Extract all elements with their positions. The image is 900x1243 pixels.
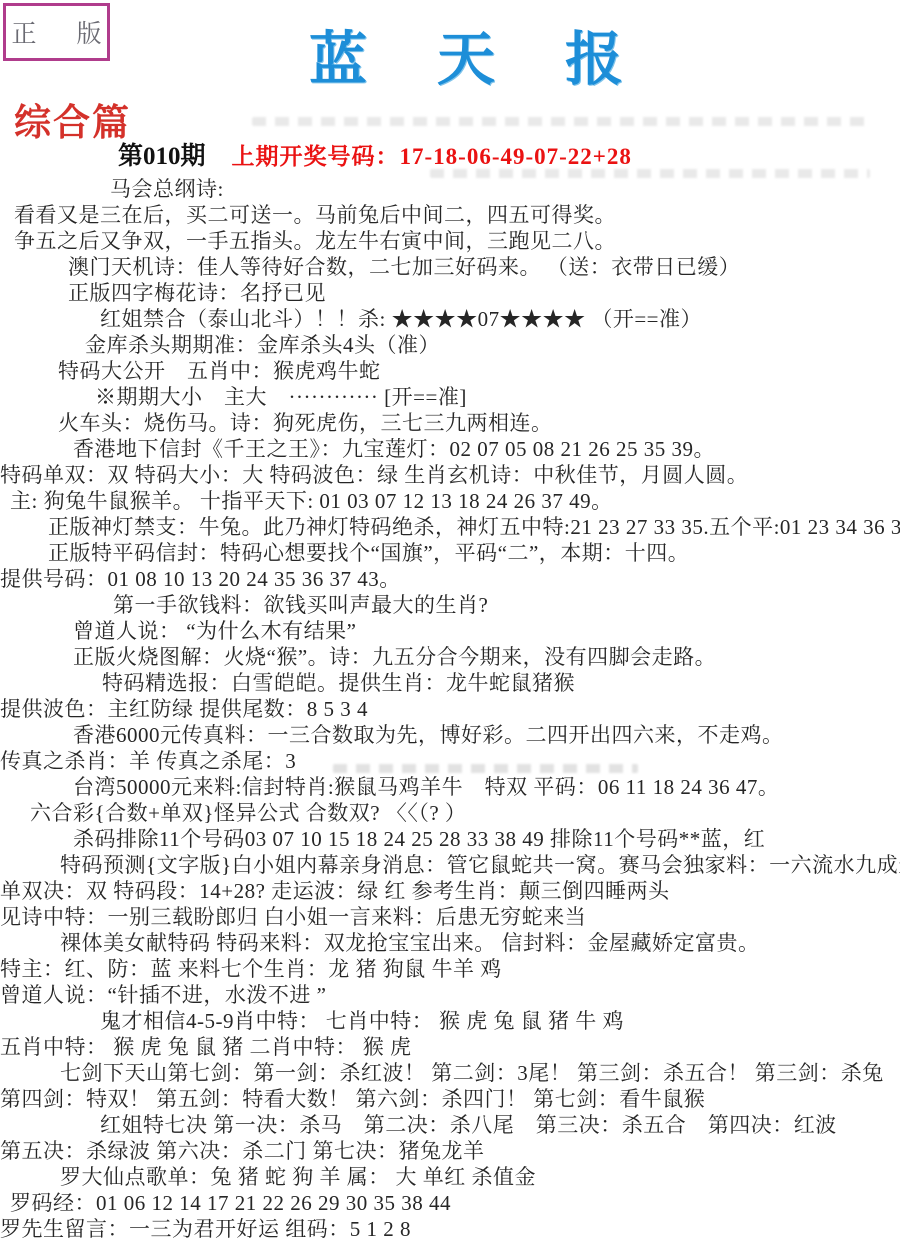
- body-line-33: 鬼才相信4-5-9肖中特： 七肖中特： 猴 虎 兔 鼠 猪 牛 鸡: [0, 1008, 900, 1034]
- body-line-23: 传真之杀肖：羊 传真之杀尾：3: [0, 748, 900, 774]
- body-line-8: 特码大公开 五肖中：猴虎鸡牛蛇: [0, 358, 900, 384]
- body-line-29: 见诗中特：一别三载盼郎归 白小姐一言来料：后患无穷蛇来当: [0, 904, 900, 930]
- body-line-26: 杀码排除11个号码03 07 10 15 18 24 25 28 33 38 4…: [0, 826, 900, 852]
- masthead: 蓝天报: [16, 12, 900, 96]
- last-draw-numbers: 上期开奖号码：17-18-06-49-07-22+28: [232, 138, 632, 171]
- body-line-39: 罗大仙点歌单：兔 猪 蛇 狗 羊 属： 大 单红 杀值金: [0, 1164, 900, 1190]
- body-line-6: 红姐禁合（泰山北斗）！！杀: ★★★★07★★★★ （开==准）: [0, 306, 900, 332]
- body-line-2: 看看又是三在后，买二可送一。马前兔后中间二，四五可得奖。: [0, 202, 900, 228]
- body-line-16: 提供号码：01 08 10 13 20 24 35 36 37 43。: [0, 566, 900, 592]
- issue-number: 第010期: [118, 136, 206, 172]
- body-line-7: 金库杀头期期准：金库杀头4头（准）: [0, 332, 900, 358]
- body-line-11: 香港地下信封《千王之王》：九宝莲灯：02 07 05 08 21 26 25 3…: [0, 436, 900, 462]
- body-line-31: 特主：红、防：蓝 来料七个生肖：龙 猪 狗鼠 牛羊 鸡: [0, 956, 900, 982]
- body-line-13: 主: 狗兔牛鼠猴羊。 十指平天下: 01 03 07 12 13 18 24 2…: [0, 488, 900, 514]
- body-line-21: 提供波色：主红防绿 提供尾数：8 5 3 4: [0, 696, 900, 722]
- body-line-32: 曾道人说：“针插不进，水泼不进 ”: [0, 982, 900, 1008]
- body-line-27: 特码预测{文字版}白小姐内幕亲身消息：管它鼠蛇共一窝。赛马会独家料：一六流水九成…: [0, 852, 900, 878]
- issue-row: 第010期 上期开奖号码：17-18-06-49-07-22+28: [0, 136, 900, 172]
- body-line-18: 曾道人说： “为什么木有结果”: [0, 618, 900, 644]
- body-line-34: 五肖中特： 猴 虎 兔 鼠 猪 二肖中特： 猴 虎: [0, 1034, 900, 1060]
- body-line-1: 马会总纲诗:: [0, 176, 900, 202]
- body-line-15: 正版特平码信封：特码心想要找个“国旗”，平码“二”，本期：十四。: [0, 540, 900, 566]
- body-line-25: 六合彩{合数+单双}怪异公式 合数双? 〈〈（? ）: [0, 800, 900, 826]
- body-line-10: 火车头：烧伤马。诗：狗死虎伤，三七三九两相连。: [0, 410, 900, 436]
- body-line-38: 第五决：杀绿波 第六决：杀二门 第七决：猪兔龙羊: [0, 1138, 900, 1164]
- body-line-19: 正版火烧图解：火烧“猴”。诗：九五分合今期来，没有四脚会走路。: [0, 644, 900, 670]
- body-line-22: 香港6000元传真料：一三合数取为先，博好彩。二四开出四六来，不走鸡。: [0, 722, 900, 748]
- body-line-41: 罗先生留言：一三为君开好运 组码：5 1 2 8: [0, 1216, 900, 1242]
- body-line-5: 正版四字梅花诗：名抒已见: [0, 280, 900, 306]
- body-line-14: 正版神灯禁支：牛兔。此乃神灯特码绝杀，神灯五中特:21 23 27 33 35.…: [0, 514, 900, 540]
- erased-text-artifact: [252, 117, 872, 126]
- body-line-9: ※期期大小 主大 ············ [开==准]: [0, 384, 900, 410]
- body-line-37: 红姐特七决 第一决：杀马 第二决：杀八尾 第三决：杀五合 第四决：红波: [0, 1112, 900, 1138]
- body-line-36: 第四剑：特双！ 第五剑：特看大数！ 第六剑：杀四门！ 第七剑：看牛鼠猴: [0, 1086, 900, 1112]
- newspaper-page: { "colors": { "masthead_blue": "#1d8ed8"…: [0, 0, 900, 1243]
- body-line-28: 单双决：双 特码段：14+28? 走运波：绿 红 参考生肖：颠三倒四睡两头: [0, 878, 900, 904]
- body-line-35: 七剑下天山第七剑：第一剑：杀红波！ 第二剑：3尾！ 第三剑：杀五合！ 第三剑：杀…: [0, 1060, 900, 1086]
- body-line-3: 争五之后又争双，一手五指头。龙左牛右寅中间，三跑见二八。: [0, 228, 900, 254]
- body-line-30: 裸体美女献特码 特码来料：双龙抢宝宝出来。 信封料：金屋藏娇定富贵。: [0, 930, 900, 956]
- body-line-20: 特码精选报：白雪皑皑。提供生肖：龙牛蛇鼠猪猴: [0, 670, 900, 696]
- body-line-17: 第一手欲钱料：欲钱买叫声最大的生肖?: [0, 592, 900, 618]
- newspaper-title: 蓝天报: [309, 27, 693, 92]
- body-line-24: 台湾50000元来料:信封特肖:猴鼠马鸡羊牛 特双 平码：06 11 18 24…: [0, 774, 900, 800]
- body-line-40: 罗码经：01 06 12 14 17 21 22 26 29 30 35 38 …: [0, 1190, 900, 1216]
- body-line-4: 澳门天机诗：佳人等待好合数，二七加三好码来。 （送：衣带日已缓）: [0, 254, 900, 280]
- body-line-12: 特码单双：双 特码大小：大 特码波色：绿 生肖玄机诗：中秋佳节，月圆人圆。: [0, 462, 900, 488]
- body-lines: 马会总纲诗:看看又是三在后，买二可送一。马前兔后中间二，四五可得奖。争五之后又争…: [0, 176, 900, 1242]
